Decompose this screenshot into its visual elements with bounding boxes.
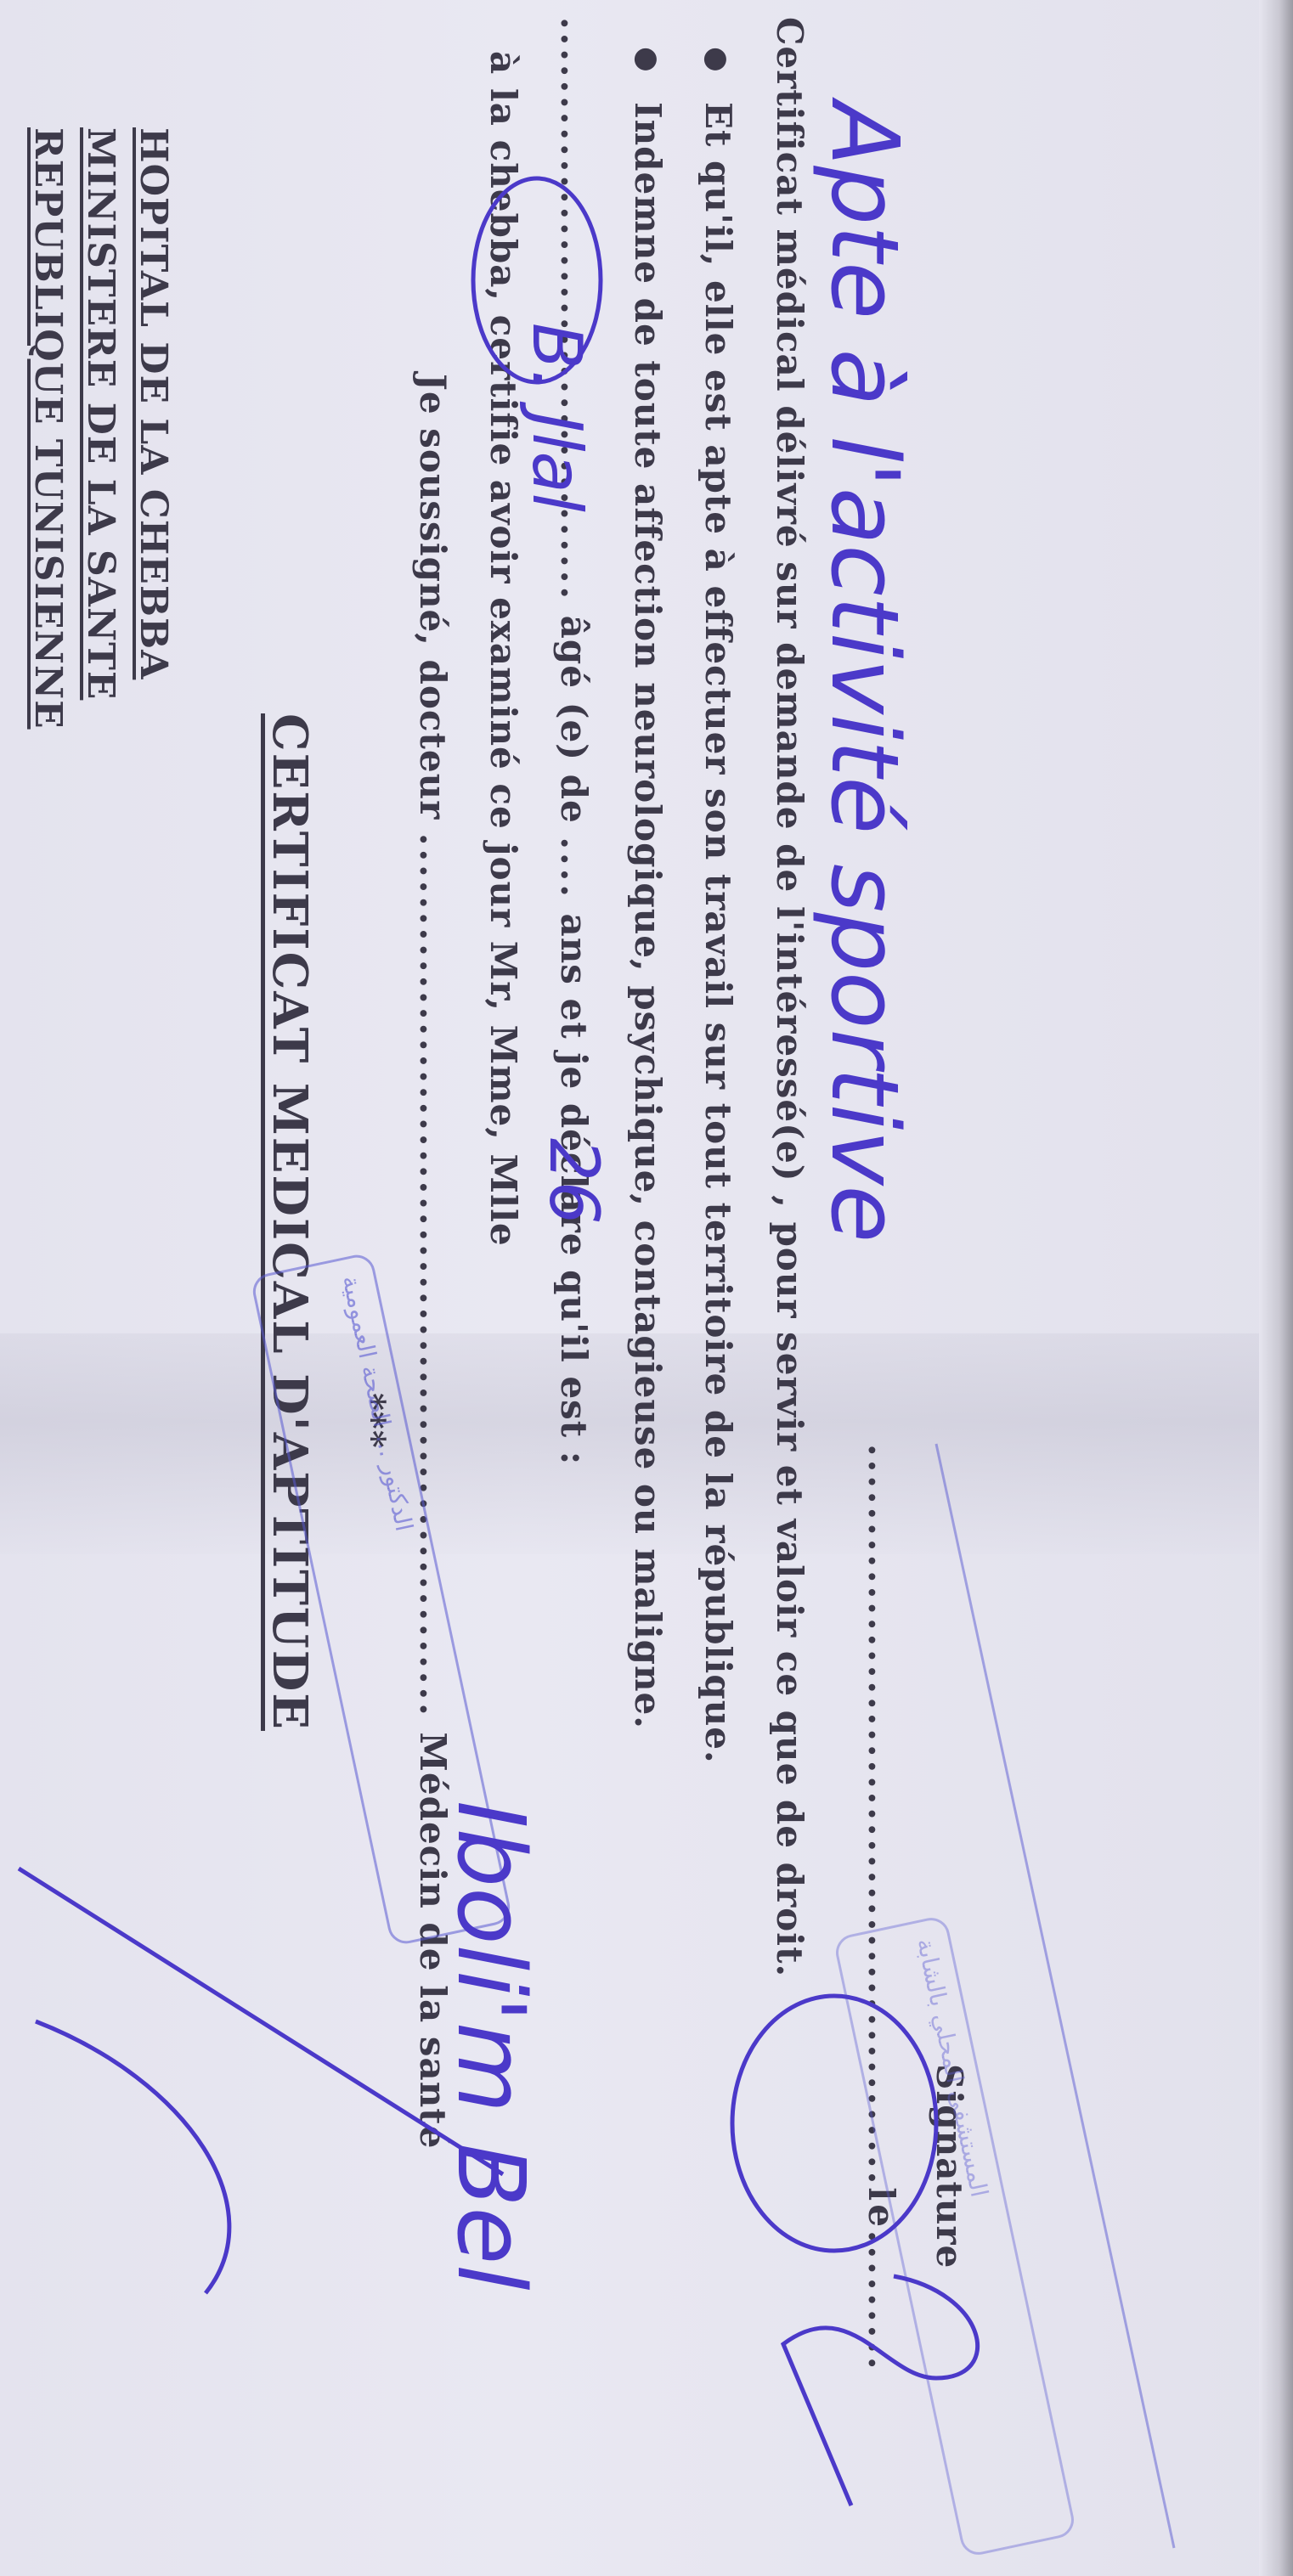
photo-of-document: REPUBLIQUE TUNISIENNE MINISTERE DE LA SA… [0, 0, 1293, 2576]
pen-circle-chebba [473, 178, 601, 382]
pen-circle-republique [732, 1996, 936, 2251]
pen-marks [0, 0, 1293, 2576]
medical-certificate-page: REPUBLIQUE TUNISIENNE MINISTERE DE LA SA… [0, 0, 1293, 2576]
signature-scrawl [19, 1869, 978, 2506]
